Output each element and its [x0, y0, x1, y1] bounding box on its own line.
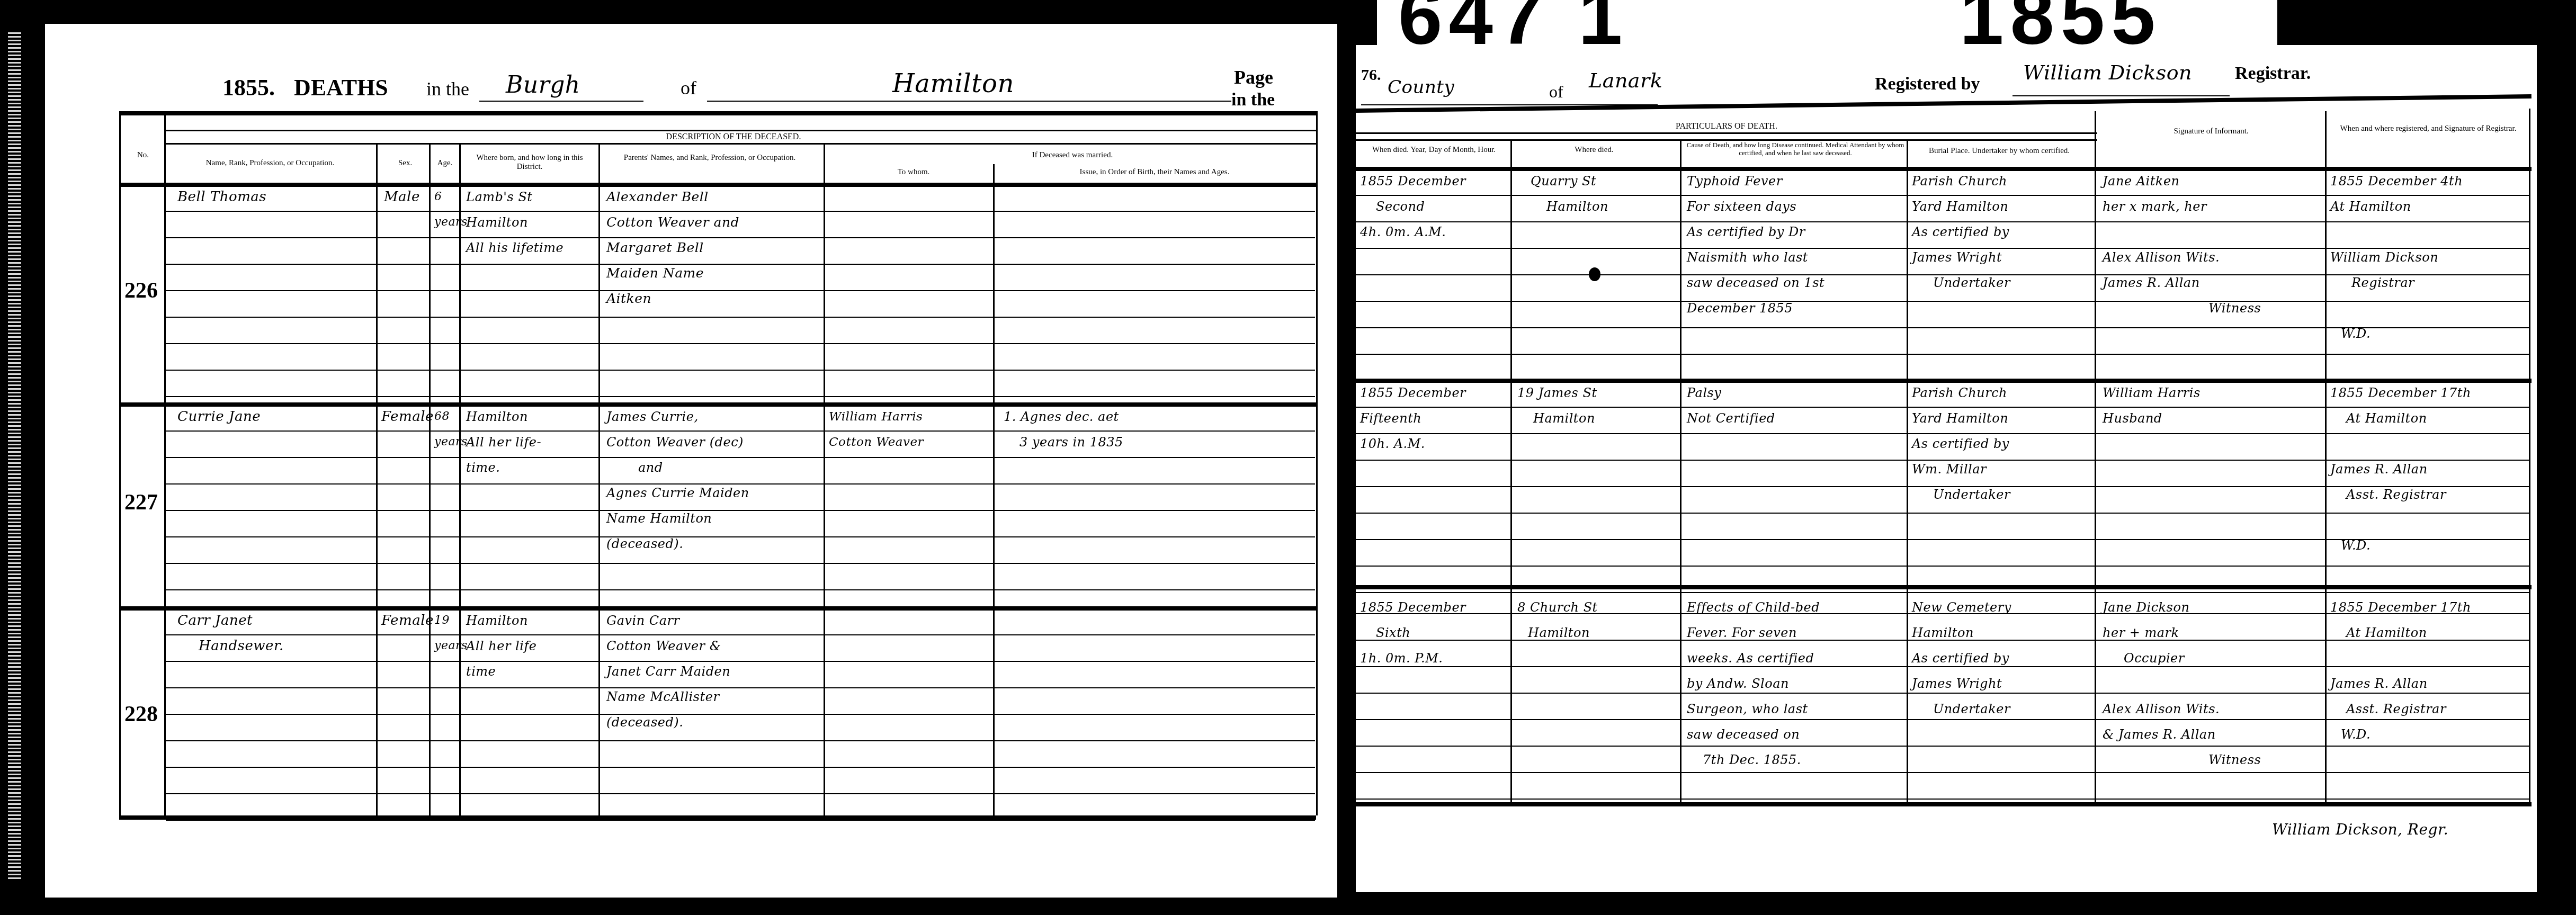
header-particulars: PARTICULARS OF DEATH.	[1568, 122, 1885, 131]
where-died: 19 James StHamilton	[1517, 381, 1597, 432]
table-top-rule	[119, 111, 1316, 115]
right-page: 76. County of Lanark Registered by Willi…	[1356, 45, 2537, 892]
registrar-name: William Dickson	[2023, 61, 2192, 84]
spouse: William HarrisCotton Weaver	[829, 405, 924, 456]
when-died: 1855 DecemberFifteenth10h. A.M.	[1360, 381, 1466, 457]
where-born: HamiltonAll her lifetime	[466, 609, 537, 685]
of-label: of	[1549, 82, 1563, 102]
header-age: Age.	[432, 159, 458, 168]
district-type: Burgh	[506, 71, 580, 98]
stamp-ref-left: 647 1	[1398, 0, 1629, 45]
reference-stamp: 647 1 1855	[1377, 0, 2277, 45]
header-description: DESCRIPTION OF THE DECEASED.	[575, 132, 892, 142]
registration: 1855 December 17thAt HamiltonJames R. Al…	[2330, 596, 2471, 748]
header-informant: Signature of Informant.	[2100, 127, 2322, 136]
ink-blot	[1589, 267, 1600, 281]
issue: 1. Agnes dec. aet3 years in 1835	[1004, 405, 1123, 456]
group-rule	[1356, 132, 2097, 134]
table-bottom-rule	[1356, 802, 2532, 806]
district-type-underline	[479, 101, 643, 102]
registration: 1855 December 4thAt HamiltonWilliam Dick…	[2330, 169, 2463, 347]
title-year: 1855.	[222, 74, 275, 101]
ruled-lines-226	[166, 185, 1315, 397]
deceased-name: Carr JanetHandsewer.	[177, 609, 284, 660]
county-handwritten: County	[1388, 77, 1454, 98]
district-name-underline	[707, 101, 1231, 102]
header-burial: Burial Place. Undertaker by whom certifi…	[1909, 147, 2089, 156]
cause-of-death: Typhoid FeverFor sixteen daysAs certifie…	[1687, 169, 1824, 322]
parents: Gavin CarrCotton Weaver &Janet Carr Maid…	[606, 609, 730, 736]
cause-of-death: Effects of Child-bedFever. For sevenweek…	[1687, 596, 1820, 774]
header-issue: Issue, in Order of Birth, their Names an…	[998, 168, 1311, 177]
title-deaths: DEATHS	[294, 74, 388, 101]
burial-place: Parish ChurchYard HamiltonAs certified b…	[1912, 169, 2010, 297]
deceased-age: 68years	[434, 405, 468, 456]
header-parents: Parents' Names, and Rank, Profession, or…	[601, 154, 818, 163]
when-died: 1855 DecemberSecond4h. 0m. A.M.	[1360, 169, 1466, 246]
in-the-label: in the	[1231, 90, 1275, 110]
page-edge-texture	[8, 32, 21, 879]
county-name: Lanark	[1589, 69, 1662, 92]
deceased-age: 6years	[434, 185, 468, 236]
left-page: 1855. DEATHS in the Burgh of Hamilton Pa…	[45, 24, 1337, 898]
entry-number: 226	[124, 278, 158, 303]
header-married: If Deceased was married.	[834, 151, 1311, 160]
header-where-died: Where died.	[1515, 146, 1674, 155]
ruled-lines-228	[166, 609, 1315, 821]
when-died: 1855 DecemberSixth1h. 0m. P.M.	[1360, 596, 1466, 672]
deceased-sex: Female	[381, 405, 434, 430]
where-died: 8 Church StHamilton	[1517, 596, 1598, 647]
where-born: HamiltonAll her life-time.	[466, 405, 541, 481]
registrar-underline	[2012, 95, 2230, 96]
stamp-ref-right: 1855	[1960, 0, 2162, 45]
title-of: of	[681, 77, 696, 99]
where-died: Quarry StHamilton	[1531, 169, 1608, 220]
header-name: Name, Rank, Profession, or Occupation.	[169, 159, 371, 168]
deceased-sex: Male	[384, 185, 420, 211]
deceased-sex: Female	[381, 609, 434, 634]
parents: James Currie,Cotton Weaver (dec)andAgnes…	[606, 405, 749, 558]
district-name: Hamilton	[892, 69, 1014, 98]
header-no: No.	[124, 151, 162, 160]
title-in-the: in the	[426, 78, 469, 100]
table-left-border	[119, 111, 121, 815]
header-where-born: Where born, and how long in this Distric…	[463, 154, 596, 172]
informant: Jane Dicksonher + markOccupierAlex Allis…	[2103, 596, 2261, 774]
group-rule	[164, 130, 1316, 131]
where-born: Lamb's StHamiltonAll his lifetime	[466, 185, 563, 262]
parents: Alexander BellCotton Weaver andMargaret …	[606, 185, 739, 312]
informant: William HarrisHusband	[2103, 381, 2201, 432]
table-right-border	[2529, 109, 2530, 804]
deceased-name: Bell Thomas	[177, 185, 266, 211]
registered-by-label: Registered by	[1875, 74, 1980, 94]
entry-number: 227	[124, 490, 158, 515]
registration: 1855 December 17thAt HamiltonJames R. Al…	[2330, 381, 2471, 559]
header-sex: Sex.	[379, 159, 432, 168]
table-right-border	[1316, 111, 1318, 815]
subheader-rule	[164, 143, 1316, 145]
registrar-label: Registrar.	[2235, 64, 2311, 84]
header-when-died: When died. Year, Day of Month, Hour.	[1358, 146, 1509, 155]
cause-of-death: PalsyNot Certified	[1687, 381, 1775, 432]
table-top-rule	[1356, 94, 2532, 113]
burial-place: New CemeteryHamiltonAs certified byJames…	[1912, 596, 2011, 723]
page-number: 76.	[1361, 66, 1381, 84]
informant: Jane Aitkenher x mark, herAlex Allison W…	[2103, 169, 2261, 322]
header-to-whom: To whom.	[834, 168, 993, 177]
page-label: Page	[1234, 66, 1273, 88]
book-spine	[1337, 0, 1356, 915]
footer-registrar-signature: William Dickson, Regr.	[2272, 821, 2448, 838]
deceased-age: 19years	[434, 609, 468, 660]
entry-number: 228	[124, 702, 158, 727]
header-registered: When and where registered, and Signature…	[2330, 124, 2526, 133]
deceased-name: Currie Jane	[177, 405, 261, 430]
header-cause: Cause of Death, and how long Disease con…	[1684, 141, 1907, 157]
burial-place: Parish ChurchYard HamiltonAs certified b…	[1912, 381, 2010, 508]
